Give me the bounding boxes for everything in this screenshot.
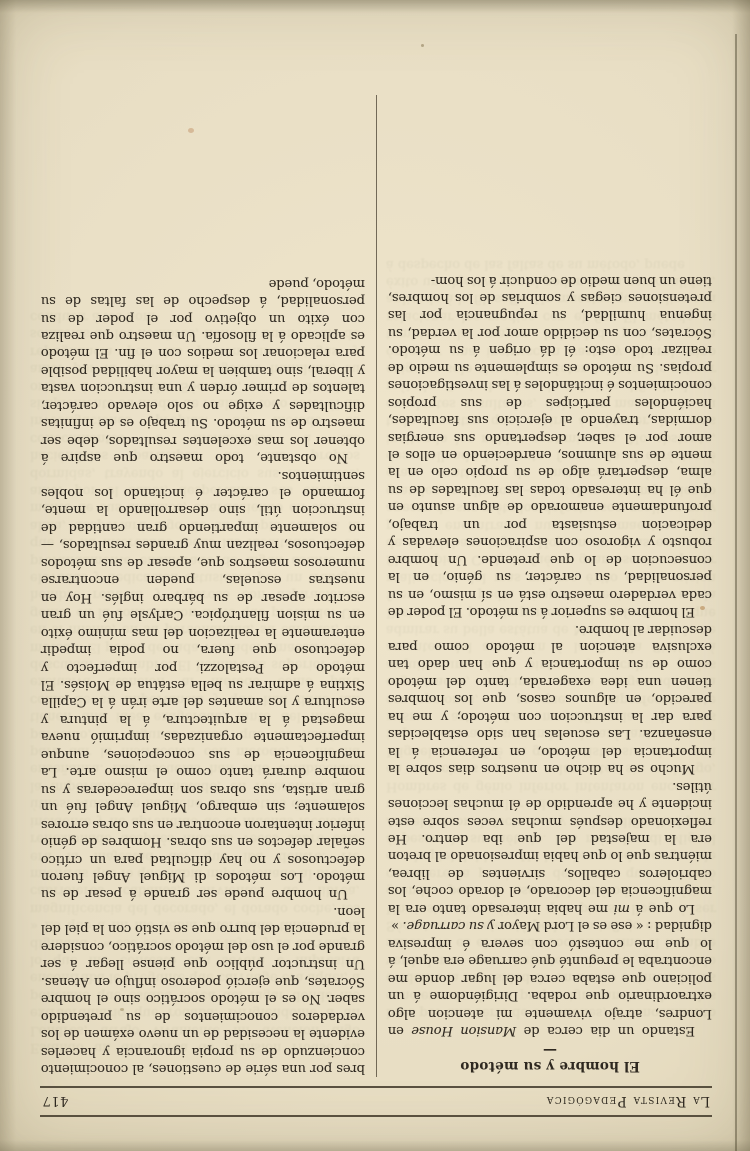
left-column-text: Estando un dia cerca de Mansion House en… — [388, 271, 712, 1039]
journal-title: La Revista Pedagógica — [546, 1093, 710, 1109]
right-column-text: bres por una série de cuestiones, al con… — [41, 274, 365, 1077]
page-edge-shadow-left — [0, 0, 16, 1151]
foxing-spot — [120, 1008, 124, 1011]
paragraph: Lo que á mi me habia interesado tanto er… — [388, 777, 712, 917]
paragraph: Mucho se ha dicho en nuestros dias sobre… — [388, 620, 712, 777]
paragraph: bres por una série de cuestiones, al con… — [41, 902, 365, 1077]
foxing-spot — [421, 44, 424, 47]
two-column-text-block: El hombre y su método — Estando un dia c… — [40, 95, 712, 1077]
page-fold-line — [735, 34, 737, 1151]
page-content-rotated-180: bres por una série de cuestiones, al con… — [0, 0, 750, 1151]
right-column: bres por una série de cuestiones, al con… — [41, 95, 377, 1077]
header-bottom-rule — [40, 1086, 712, 1088]
page-body: La Revista Pedagógica 417 El hombre y su… — [40, 95, 712, 1117]
foxing-spot — [188, 128, 194, 133]
running-header: La Revista Pedagógica 417 — [40, 1092, 712, 1110]
header-top-rule — [40, 1115, 712, 1117]
scanned-book-page: bres por una série de cuestiones, al con… — [0, 0, 750, 1151]
page-number: 417 — [42, 1093, 68, 1108]
article-title: El hombre y su método — [388, 1058, 712, 1074]
foxing-spot — [700, 606, 705, 610]
page-edge-shadow-top — [0, 0, 750, 13]
left-column: El hombre y su método — Estando un dia c… — [377, 95, 712, 1077]
page-edge-shadow-bottom — [0, 1140, 750, 1151]
paragraph: Un hombre puede ser grande á pesar de su… — [41, 466, 365, 902]
title-separator-dash: — — [388, 1043, 712, 1055]
paragraph: Estando un dia cerca de Mansion House en… — [388, 917, 712, 1039]
paragraph: El hombre es superior á su método. El po… — [388, 271, 712, 620]
paragraph: No obstante, todo maestro que aspire á o… — [41, 274, 365, 466]
